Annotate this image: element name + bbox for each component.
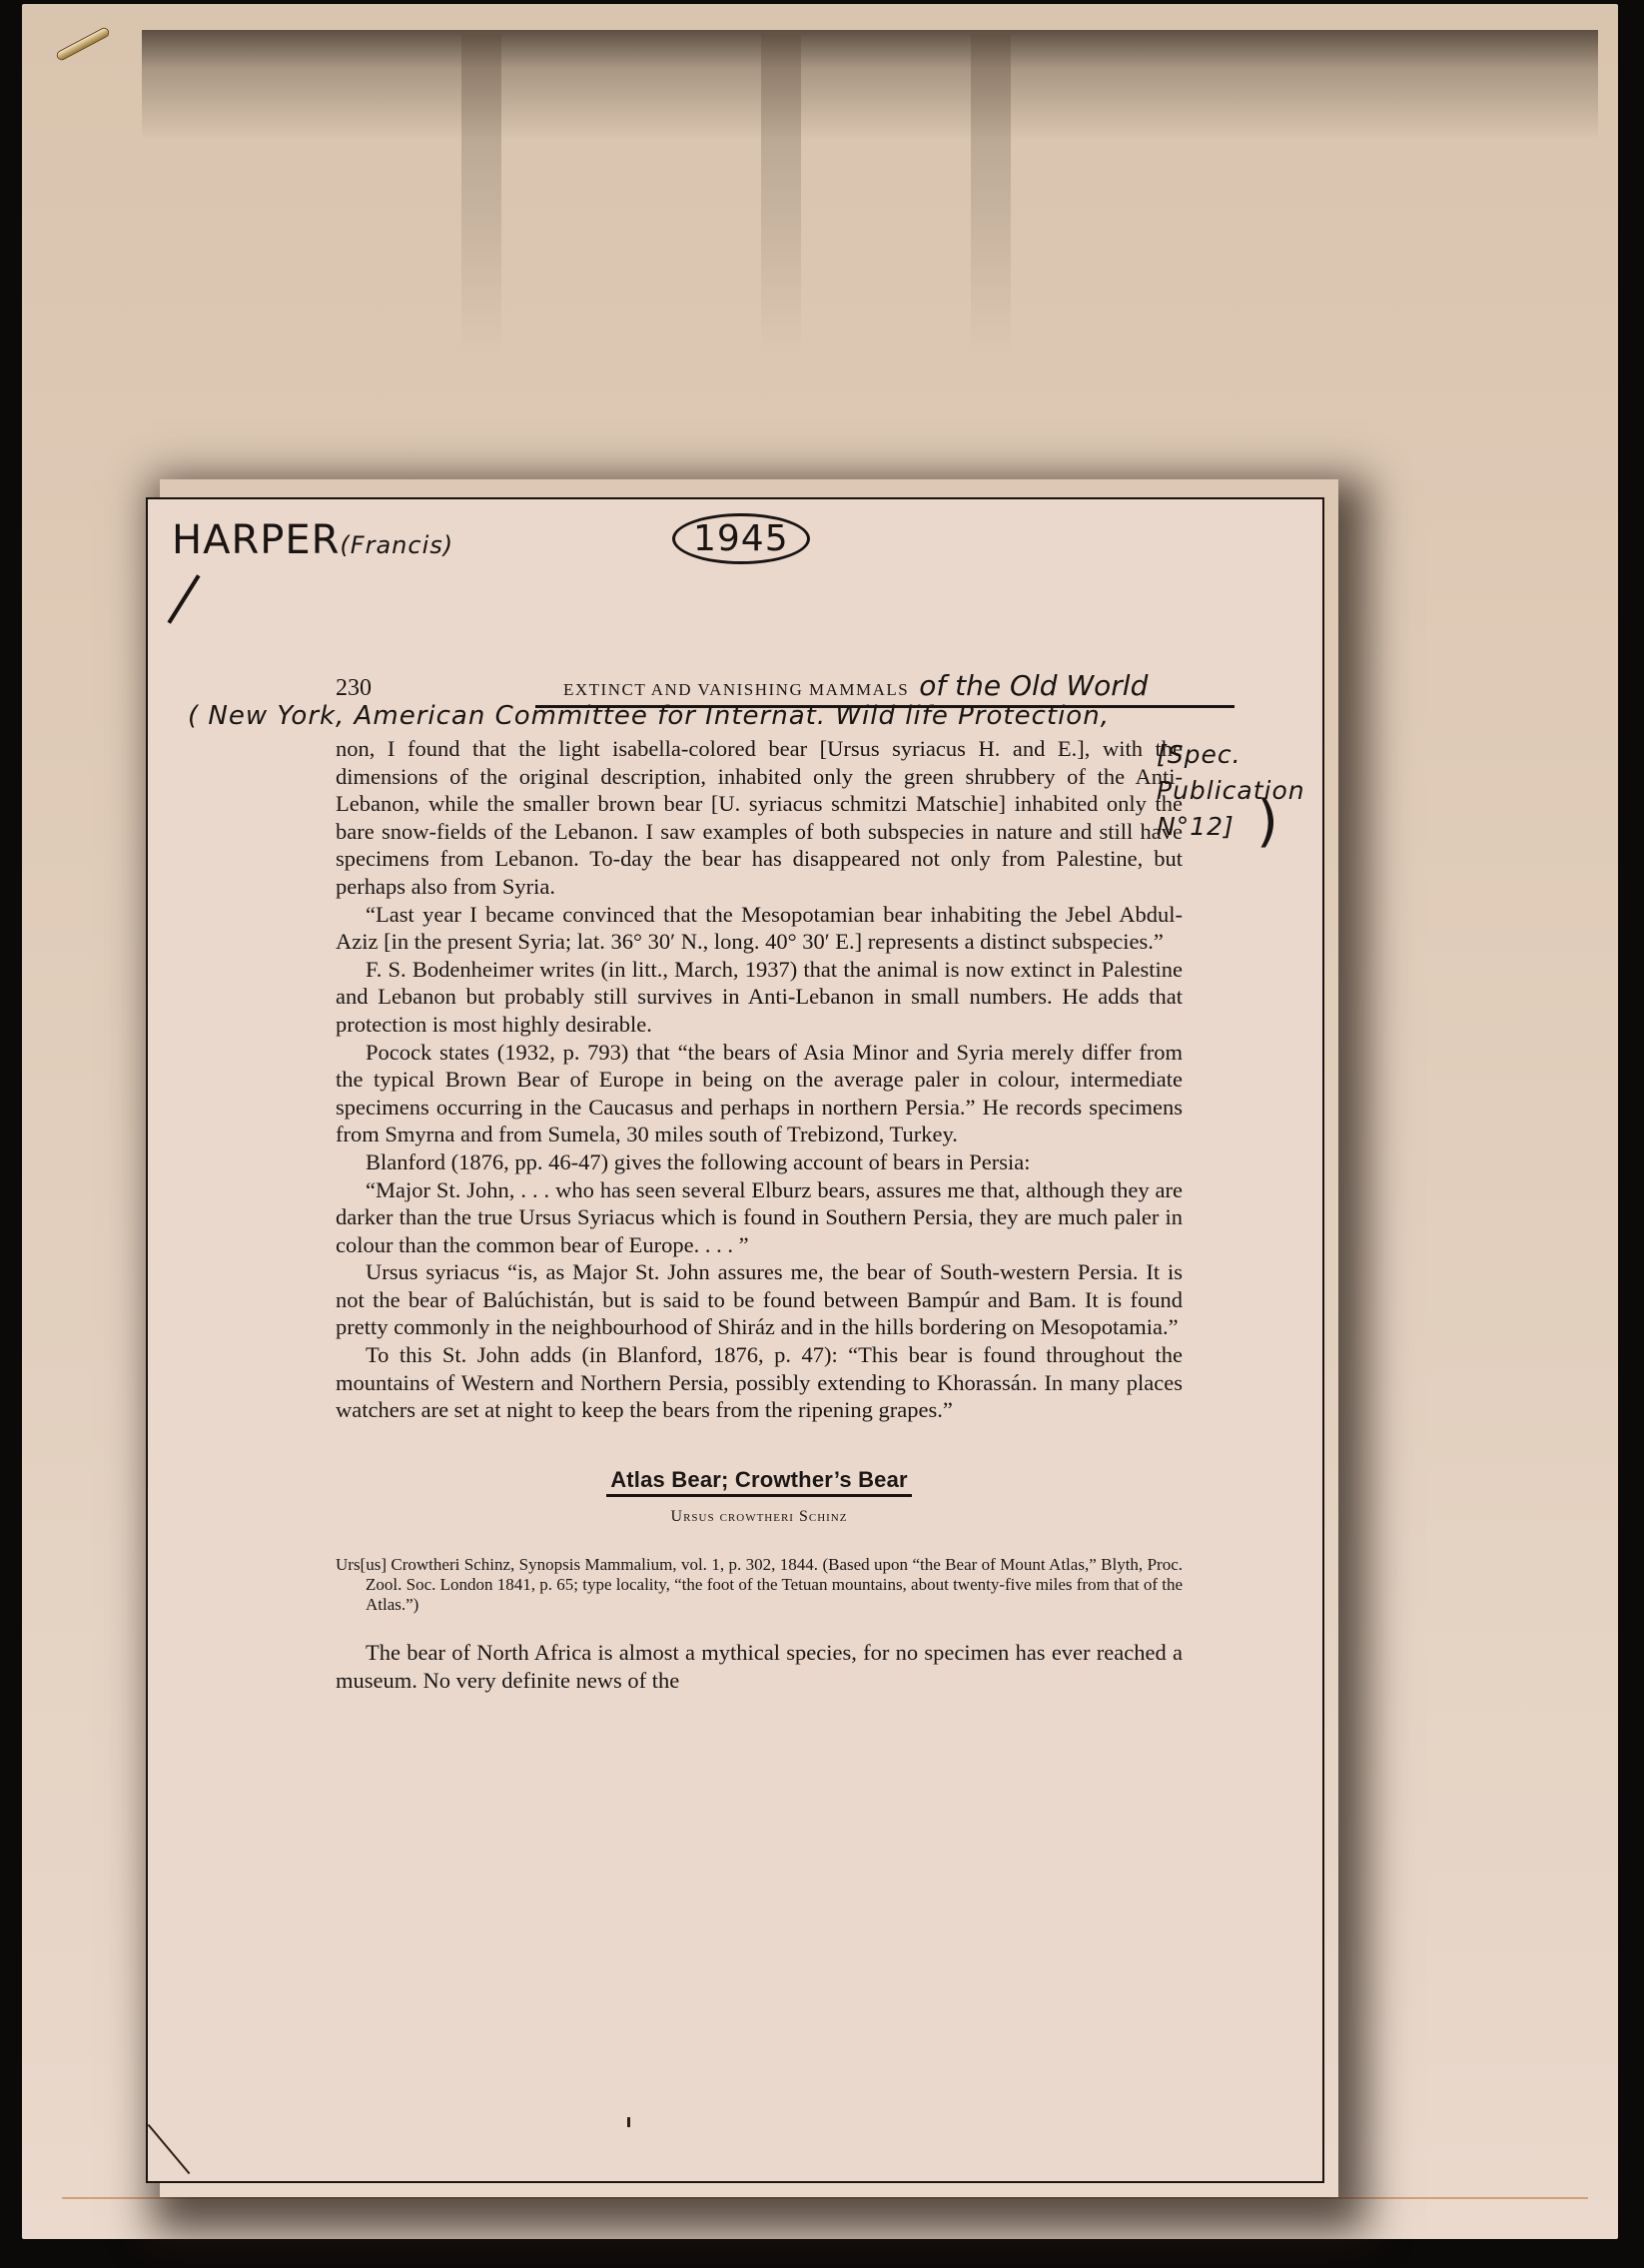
paper-edge [62,2193,1588,2199]
paragraph: Pocock states (1932, p. 793) that “the b… [336,1039,1183,1148]
shadow-streak [761,34,801,354]
photocopy-shadow [142,30,1598,140]
handwritten-author: HARPER(Francis) [172,517,453,563]
paragraph: Blanford (1876, pp. 46-47) gives the fol… [336,1148,1183,1176]
section-scientific-name: Ursus crowtheri Schinz [336,1503,1183,1531]
handwritten-publisher-note: ( New York, American Committee for Inter… [188,701,1110,731]
document-page: HARPER(Francis) 1945 230 Extinct and Van… [146,497,1324,2183]
synonymy-citation: Urs[us] Crowtheri Schinz, Synopsis Mamma… [336,1555,1183,1615]
paragraph: non, I found that the light isabella-col… [336,735,1183,901]
body-text: non, I found that the light isabella-col… [336,735,1183,1694]
author-first-name: (Francis) [340,531,453,559]
paragraph: F. S. Bodenheimer writes (in litt., Marc… [336,956,1183,1039]
section-heading: Atlas Bear; Crowther’s Bear [336,1466,1183,1494]
paragraph-list: non, I found that the light isabella-col… [336,735,1183,1424]
handwritten-tick-mark [167,574,200,624]
shadow-streak [971,34,1011,354]
paragraph: “Last year I became convinced that the M… [336,901,1183,956]
handwritten-title-extension: of the Old World [919,669,1148,702]
shadow-streak [461,34,501,354]
paragraph: The bear of North Africa is almost a myt… [336,1639,1183,1694]
section-title-text: Atlas Bear; Crowther’s Bear [606,1467,912,1497]
ink-speck [627,2117,630,2127]
handwritten-closing-paren: ) [1256,789,1279,854]
paragraph: “Major St. John, . . . who has seen seve… [336,1176,1183,1259]
paragraph: To this St. John adds (in Blanford, 1876… [336,1341,1183,1424]
handwritten-year-circled: 1945 [672,513,810,564]
pencil-mark [148,2124,191,2174]
author-surname: HARPER [172,517,340,563]
running-header: 230 Extinct and Vanishing Mammals of the… [336,669,1254,702]
page-number: 230 [336,675,563,702]
paragraph: Ursus syriacus “is, as Major St. John as… [336,1258,1183,1341]
running-head-title: Extinct and Vanishing Mammals [563,680,909,700]
